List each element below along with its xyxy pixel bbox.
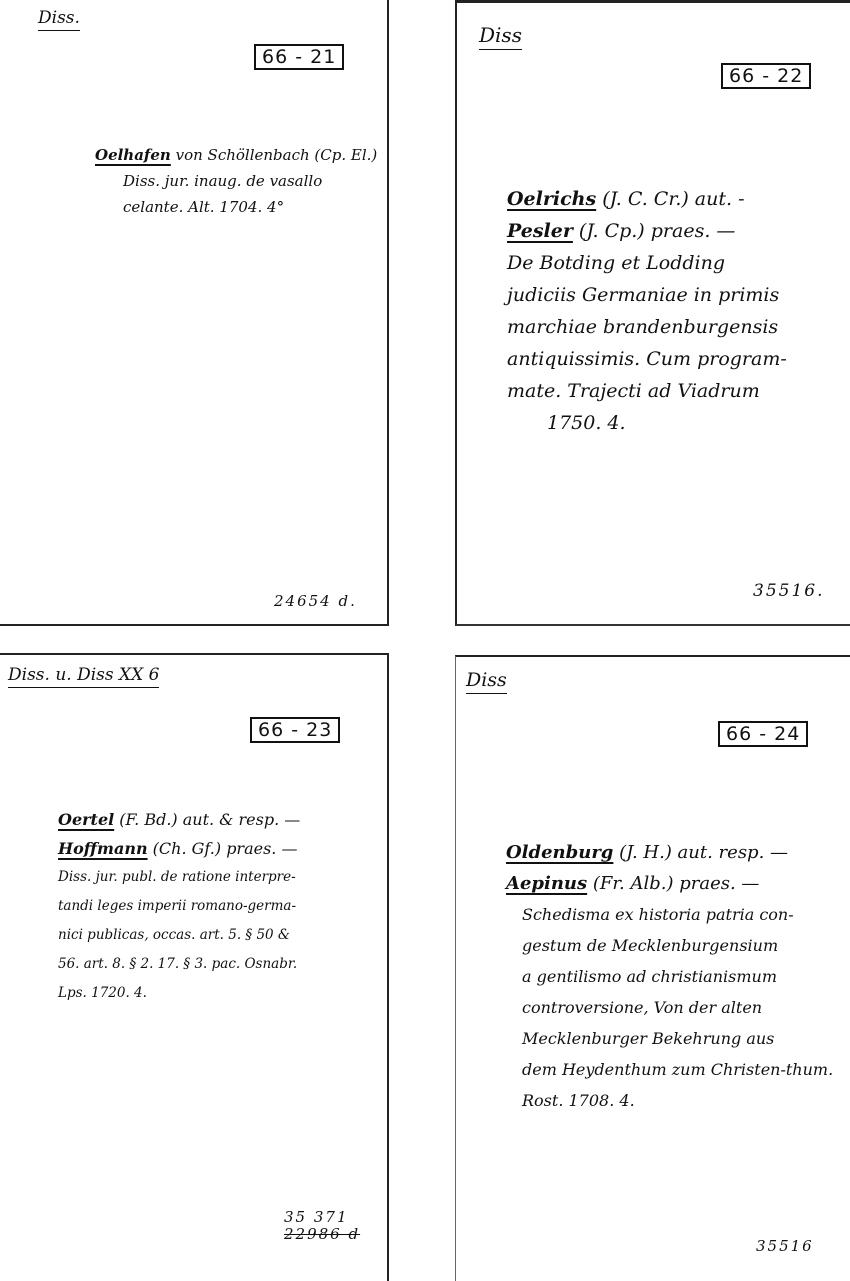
card-tag: Diss. u. Diss XX 6 xyxy=(8,665,159,685)
accession-number: 24654 d. xyxy=(274,592,357,610)
entry-line: Mecklenburger Bekehrung aus xyxy=(506,1023,833,1054)
call-number: 66 - 23 xyxy=(250,717,340,743)
entry-line: Diss. jur. inaug. de vasallo xyxy=(95,168,377,194)
entry-line: antiquissimis. Cum program- xyxy=(507,343,787,375)
entry-line: controversione, Von der alten xyxy=(506,992,833,1023)
entry-line: mate. Trajecti ad Viadrum xyxy=(507,375,787,407)
card-tag: Diss xyxy=(479,23,522,47)
entry-line: Lps. 1720. 4. xyxy=(58,979,300,1008)
accession-number: 35 371 22986 d xyxy=(284,1209,360,1243)
author-line: Oelrichs (J. C. Cr.) aut. - xyxy=(507,183,787,215)
call-number: 66 - 22 xyxy=(721,63,811,89)
praeses-line: Pesler (J. Cp.) praes. — xyxy=(507,215,787,247)
entry-line: gestum de Mecklenburgensium xyxy=(506,930,833,961)
card-tag: Diss xyxy=(466,669,507,691)
entry-line: Rost. 1708. 4. xyxy=(506,1085,833,1116)
catalog-card-66-24: Diss 66 - 24 Oldenburg (J. H.) aut. resp… xyxy=(455,655,850,1281)
accession-number-old: 22986 d xyxy=(284,1226,360,1243)
author-line: Oldenburg (J. H.) aut. resp. — xyxy=(506,837,833,868)
catalog-entry: Oldenburg (J. H.) aut. resp. — Aepinus (… xyxy=(506,837,833,1116)
praeses-line: Hoffmann (Ch. Gf.) praes. — xyxy=(58,834,300,863)
catalog-entry: Oertel (F. Bd.) aut. & resp. — Hoffmann … xyxy=(58,805,300,1008)
entry-line: 1750. 4. xyxy=(507,407,787,439)
entry-line: 56. art. 8. § 2. 17. § 3. pac. Osnabr. xyxy=(58,950,300,979)
entry-line: De Botding et Lodding xyxy=(507,247,787,279)
card-tag: Diss. xyxy=(38,8,80,28)
entry-line: judiciis Germaniae in primis xyxy=(507,279,787,311)
entry-line: marchiae brandenburgensis xyxy=(507,311,787,343)
catalog-card-66-23: Diss. u. Diss XX 6 66 - 23 Oertel (F. Bd… xyxy=(0,653,389,1281)
accession-number: 35516 xyxy=(756,1237,814,1255)
catalog-entry: Oelhafen von Schöllenbach (Cp. El.) Diss… xyxy=(95,142,377,220)
catalog-card-66-21: Diss. 66 - 21 Oelhafen von Schöllenbach … xyxy=(0,0,389,626)
catalog-entry: Oelrichs (J. C. Cr.) aut. - Pesler (J. C… xyxy=(507,183,787,439)
entry-line: celante. Alt. 1704. 4° xyxy=(95,194,377,220)
entry-line: dem Heydenthum zum Christen-thum. xyxy=(506,1054,833,1085)
author-line: Oelhafen von Schöllenbach (Cp. El.) xyxy=(95,142,377,168)
entry-line: nici publicas, occas. art. 5. § 50 & xyxy=(58,921,300,950)
entry-line: tandi leges imperii romano-germa- xyxy=(58,892,300,921)
entry-line: Schedisma ex historia patria con- xyxy=(506,899,833,930)
accession-number: 35516. xyxy=(753,581,824,601)
call-number: 66 - 21 xyxy=(254,44,344,70)
call-number: 66 - 24 xyxy=(718,721,808,747)
catalog-card-66-22: Diss 66 - 22 Oelrichs (J. C. Cr.) aut. -… xyxy=(455,0,850,626)
author-line: Oertel (F. Bd.) aut. & resp. — xyxy=(58,805,300,834)
entry-line: a gentilismo ad christianismum xyxy=(506,961,833,992)
entry-line: Diss. jur. publ. de ratione interpre- xyxy=(58,863,300,892)
praeses-line: Aepinus (Fr. Alb.) praes. — xyxy=(506,868,833,899)
